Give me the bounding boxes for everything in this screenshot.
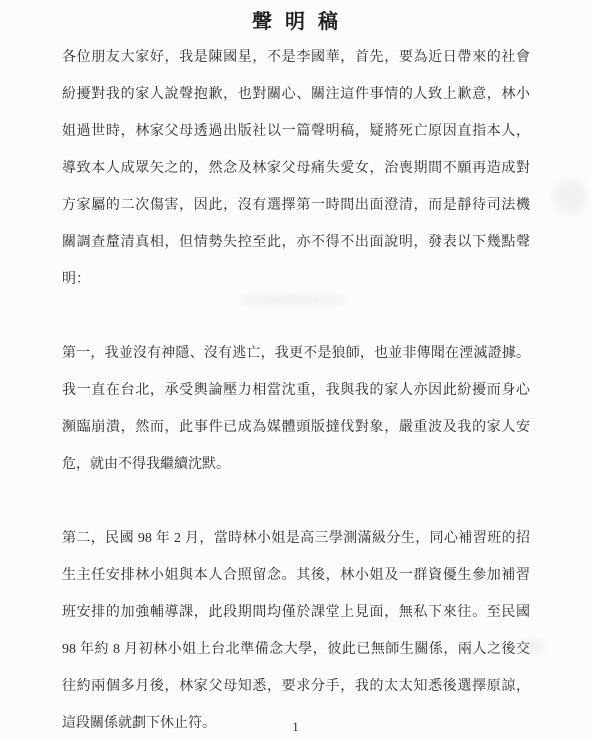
text-line: 班安排的加強輔導課，此段期間均僅於課堂上見面，無私下來往。至民國 [62, 594, 530, 631]
paragraph-point-one: 第一，我並沒有神隱、沒有逃亡，我更不是狼師，也並非傳聞在湮滅證據。 我一直在台北… [62, 335, 530, 483]
text-line: 姐過世時，林家父母透過出版社以一篇聲明稿，疑將死亡原因直指本人， [62, 113, 530, 150]
scan-smudge [553, 180, 587, 214]
text-line: 第二，民國 98 年 2 月，當時林小姐是高三學測滿級分生，同心補習班的招 [62, 520, 530, 557]
paragraph-point-two: 第二，民國 98 年 2 月，當時林小姐是高三學測滿級分生，同心補習班的招 生主… [62, 520, 530, 738]
text-line: 導致本人成眾矢之的，然念及林家父母痛失愛女，治喪期間不願再造成對 [62, 150, 530, 187]
statement-document-page: 聲 明 稿 各位朋友大家好，我是陳國星，不是李國華，首先，要為近日帶來的社會 紛… [0, 0, 591, 738]
text-line: 我一直在台北，承受輿論壓力相當沈重，我與我的家人亦因此紛擾而身心 [62, 372, 530, 409]
paragraph-intro: 各位朋友大家好，我是陳國星，不是李國華，首先，要為近日帶來的社會 紛擾對我的家人… [62, 39, 530, 298]
text-line: 關調查釐清真相，但情勢失控至此，亦不得不出面說明，發表以下幾點聲 [62, 224, 530, 261]
page-number: 1 [0, 719, 591, 735]
text-line: 瀕臨崩潰，然而，此事件已成為媒體頭版撻伐對象，嚴重波及我的家人安 [62, 409, 530, 446]
text-line: 98 年約 8 月初林小姐上台北準備念大學，彼此已無師生關係，兩人之後交 [62, 631, 530, 668]
text-line: 第一，我並沒有神隱、沒有逃亡，我更不是狼師，也並非傳聞在湮滅證據。 [62, 335, 530, 372]
text-line: 往約兩個多月後，林家父母知悉，要求分手，我的太太知悉後選擇原諒， [62, 668, 530, 705]
text-line: 明： [62, 261, 530, 298]
text-line: 危，就由不得我繼續沈默。 [62, 446, 530, 483]
text-line: 各位朋友大家好，我是陳國星，不是李國華，首先，要為近日帶來的社會 [62, 39, 530, 76]
document-body: 各位朋友大家好，我是陳國星，不是李國華，首先，要為近日帶來的社會 紛擾對我的家人… [62, 39, 530, 738]
text-line: 方家屬的二次傷害，因此，沒有選擇第一時間出面澄清，而是靜待司法機 [62, 187, 530, 224]
document-title: 聲 明 稿 [0, 11, 591, 33]
text-line: 生主任安排林小姐與本人合照留念。其後，林小姐及一群資優生參加補習 [62, 557, 530, 594]
text-line: 紛擾對我的家人說聲抱歉，也對關心、關注這件事情的人致上歉意，林小 [62, 76, 530, 113]
